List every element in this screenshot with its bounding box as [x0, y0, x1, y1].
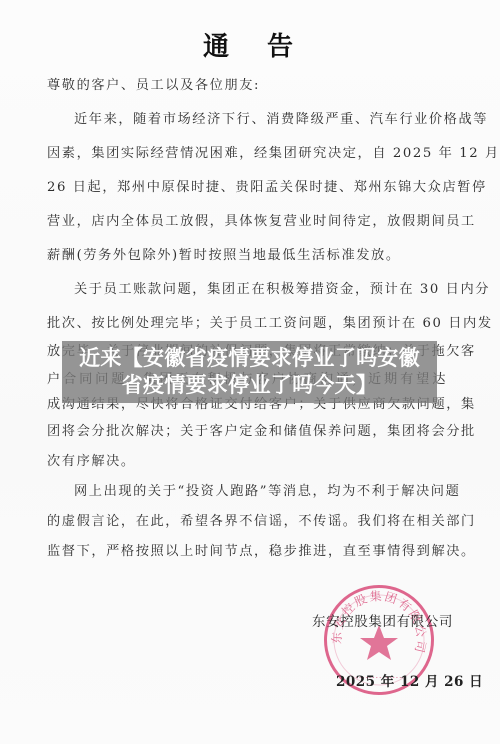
paragraph-2-line-7: 次有序解决。: [47, 454, 447, 470]
paragraph-1-line-1: 近年来，随着市场经济下行、消费降级严重、汽车行业价格战等: [74, 112, 447, 128]
paragraph-1-line-5: 薪酬(劳务外包除外)暂时按照当地最低生活标准发放。: [47, 248, 447, 264]
headline-banner: 近来【安徽省疫情要求停业了吗安徽省疫情要求停业了吗今天】: [62, 341, 437, 403]
paragraph-3-line-2: 的虚假言论，在此，希望各界不信谣，不传谣。我们将在相关部门: [47, 514, 447, 530]
paragraph-2-line-6: 团将会分批次解决；关于客户定金和储值保养问题，集团将会分批: [47, 424, 447, 440]
salutation: 尊敬的客户、员工以及各位朋友:: [47, 78, 447, 94]
star-icon: [360, 625, 398, 660]
paragraph-2-line-2: 批次、按比例处理完毕；关于员工工资问题，集团预计在 60 日内发: [47, 316, 447, 332]
paragraph-3-line-1: 网上出现的关于“投资人跑路”等消息，均为不利于解决问题: [74, 484, 447, 500]
paragraph-1-line-2: 因素，集团实际经营情况困难，经集团研究决定，自 2025 年 12 月: [47, 146, 447, 162]
paragraph-1-line-3: 26 日起，郑州中原保时捷、贵阳孟关保时捷、郑州东锦大众店暂停: [47, 180, 447, 196]
signature-date: 2025 年 12 月 26 日: [336, 670, 448, 690]
paragraph-1-line-4: 营业，店内全体员工放假，具体恢复营业时间待定，放假期间员工: [47, 214, 447, 230]
headline-text: 近来【安徽省疫情要求停业了吗安徽省疫情要求停业了吗今天】: [72, 345, 427, 399]
paragraph-3-line-3: 监督下，严格按照以上时间节点，稳步推进，直至事情得到解决。: [47, 544, 447, 560]
paragraph-2-line-1: 关于员工账款问题，集团正在积极筹措资金，预计在 30 日内分: [74, 282, 447, 298]
document-title: 通告: [0, 26, 500, 63]
signature-company: 东安控股集团有限公司: [312, 610, 448, 630]
